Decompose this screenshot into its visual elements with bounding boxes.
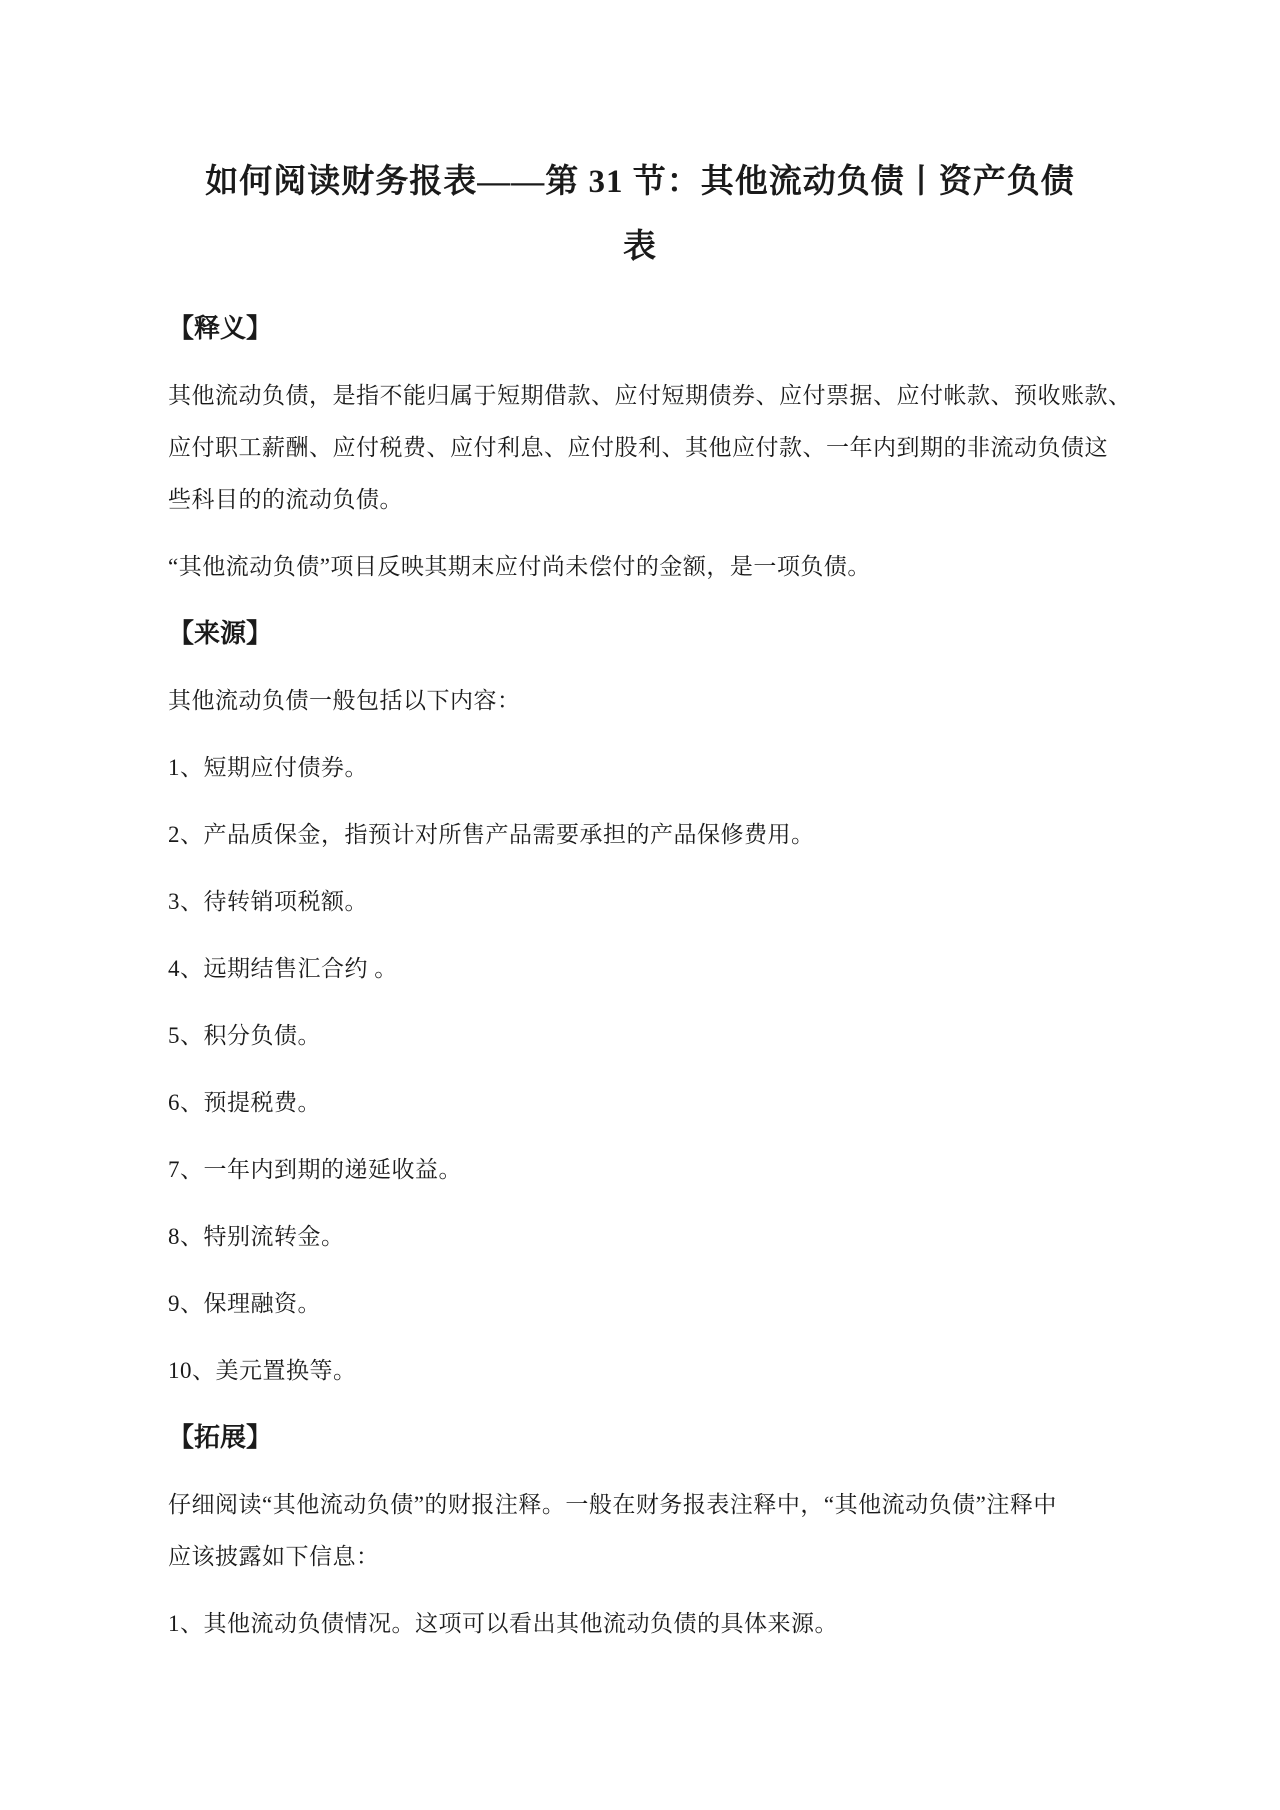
- document-title-line-1: 如何阅读财务报表——第 31 节：其他流动负债丨资产负债: [168, 150, 1112, 215]
- paragraph-line: 2、产品质保金，指预计对所售产品需要承担的产品保修费用。: [168, 809, 1112, 861]
- paragraph: 3、待转销项税额。: [168, 876, 1112, 928]
- document-title-line-2: 表: [168, 215, 1112, 280]
- paragraph-line: 应该披露如下信息：: [168, 1531, 1112, 1583]
- paragraph: 9、保理融资。: [168, 1278, 1112, 1330]
- paragraph: 5、积分负债。: [168, 1010, 1112, 1062]
- paragraph: 其他流动负债，是指不能归属于短期借款、应付短期债券、应付票据、应付帐款、预收账款…: [168, 370, 1112, 526]
- paragraph-line: 些科目的的流动负债。: [168, 474, 1112, 526]
- paragraph: 1、其他流动负债情况。这项可以看出其他流动负债的具体来源。: [168, 1598, 1112, 1650]
- paragraph: 8、特别流转金。: [168, 1211, 1112, 1263]
- paragraph: 10、美元置换等。: [168, 1345, 1112, 1397]
- paragraph-line: 8、特别流转金。: [168, 1211, 1112, 1263]
- paragraph-line: 3、待转销项税额。: [168, 876, 1112, 928]
- paragraph-line: 4、远期结售汇合约 。: [168, 943, 1112, 995]
- paragraph: 仔细阅读“其他流动负债”的财报注释。一般在财务报表注释中，“其他流动负债”注释中…: [168, 1479, 1112, 1583]
- paragraph-line: 应付职工薪酬、应付税费、应付利息、应付股利、其他应付款、一年内到期的非流动负债这: [168, 422, 1112, 474]
- document-section: 【拓展】仔细阅读“其他流动负债”的财报注释。一般在财务报表注释中，“其他流动负债…: [168, 1412, 1112, 1650]
- document-section: 【来源】其他流动负债一般包括以下内容：1、短期应付债券。2、产品质保金，指预计对…: [168, 608, 1112, 1397]
- paragraph: “其他流动负债”项目反映其期末应付尚未偿付的金额，是一项负债。: [168, 541, 1112, 593]
- paragraph-line: 10、美元置换等。: [168, 1345, 1112, 1397]
- paragraph: 6、预提税费。: [168, 1077, 1112, 1129]
- paragraph-line: 5、积分负债。: [168, 1010, 1112, 1062]
- paragraph-line: 1、短期应付债券。: [168, 742, 1112, 794]
- document-body: 【释义】其他流动负债，是指不能归属于短期借款、应付短期债券、应付票据、应付帐款、…: [168, 303, 1112, 1650]
- paragraph-line: 9、保理融资。: [168, 1278, 1112, 1330]
- paragraph-line: 1、其他流动负债情况。这项可以看出其他流动负债的具体来源。: [168, 1598, 1112, 1650]
- paragraph: 1、短期应付债券。: [168, 742, 1112, 794]
- paragraph-line: 仔细阅读“其他流动负债”的财报注释。一般在财务报表注释中，“其他流动负债”注释中: [168, 1479, 1112, 1531]
- paragraph: 其他流动负债一般包括以下内容：: [168, 675, 1112, 727]
- section-heading: 【拓展】: [168, 1412, 1112, 1464]
- document-page: 如何阅读财务报表——第 31 节：其他流动负债丨资产负债 表 【释义】其他流动负…: [0, 0, 1280, 1810]
- paragraph: 7、一年内到期的递延收益。: [168, 1144, 1112, 1196]
- paragraph-line: 其他流动负债一般包括以下内容：: [168, 675, 1112, 727]
- paragraph-line: “其他流动负债”项目反映其期末应付尚未偿付的金额，是一项负债。: [168, 541, 1112, 593]
- paragraph: 2、产品质保金，指预计对所售产品需要承担的产品保修费用。: [168, 809, 1112, 861]
- paragraph-line: 7、一年内到期的递延收益。: [168, 1144, 1112, 1196]
- section-heading: 【来源】: [168, 608, 1112, 660]
- paragraph-line: 其他流动负债，是指不能归属于短期借款、应付短期债券、应付票据、应付帐款、预收账款…: [168, 370, 1112, 422]
- paragraph-line: 6、预提税费。: [168, 1077, 1112, 1129]
- document-title: 如何阅读财务报表——第 31 节：其他流动负债丨资产负债 表: [168, 150, 1112, 280]
- document-section: 【释义】其他流动负债，是指不能归属于短期借款、应付短期债券、应付票据、应付帐款、…: [168, 303, 1112, 593]
- section-heading: 【释义】: [168, 303, 1112, 355]
- paragraph: 4、远期结售汇合约 。: [168, 943, 1112, 995]
